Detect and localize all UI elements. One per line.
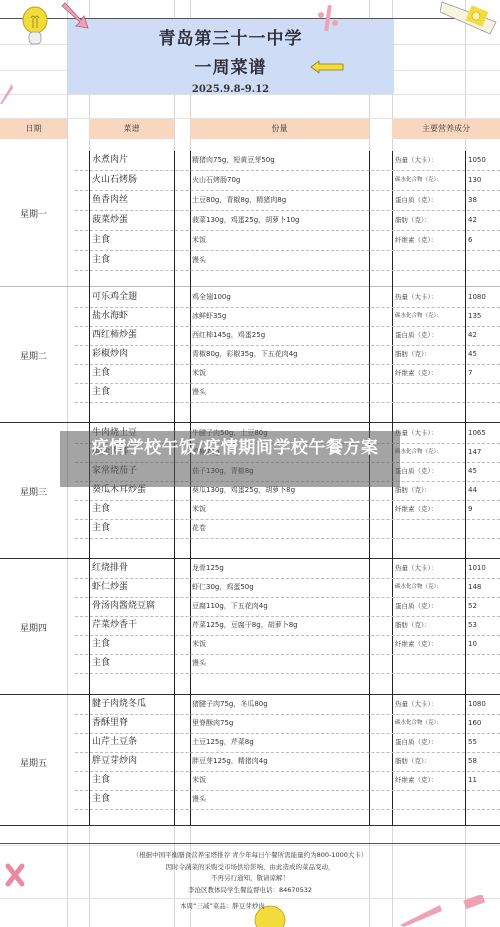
dish-portion: 菠菜130g，鸡蛋25g，胡萝卜10g <box>192 211 300 230</box>
dish-portion: 米饭 <box>192 635 206 654</box>
dish-portion: 馒头 <box>192 383 206 402</box>
table-header: 日期 菜谱 份量 主要营养成分 <box>0 119 500 139</box>
percent-icon <box>318 4 340 32</box>
dish-name: 鱼香肉丝 <box>92 191 128 210</box>
table-row: 主食 米饭 纤维素（克）： 9 <box>75 500 500 520</box>
fiber-value: 11 <box>468 771 477 790</box>
day-label: 星期一 <box>0 207 67 220</box>
date-range: 2025.9.8-9.12 <box>67 84 394 95</box>
calories-value: 1065 <box>468 424 486 443</box>
menu-title-box: 青岛第三十一中学 一周菜谱 2025.9.8-9.12 <box>67 19 394 94</box>
dish-name: 主食 <box>92 654 110 673</box>
protein-label: 蛋白质（克）： <box>395 462 437 481</box>
carbs-value: 130 <box>468 171 481 190</box>
table-row: 主食 花卷 <box>75 519 500 539</box>
fat-label: 脂肪（克）： <box>395 345 431 364</box>
dish-name: 主食 <box>92 231 110 250</box>
calories-label: 热量（大卡）： <box>395 288 437 307</box>
carbs-value: 147 <box>468 443 481 462</box>
calories-label: 热量（大卡）： <box>395 559 437 578</box>
dish-portion: 冰鲜虾35g <box>192 307 226 326</box>
day-block-thursday: 星期四 红烧排骨 龙骨125g 热量（大卡）： 1010 虾仁炒蛋 虾仁30g，… <box>0 558 500 694</box>
footer-hotline: 李沧区教体局学生餐监督电话：84670532 <box>60 885 440 897</box>
dish-portion: 精猪肉75g，短黄豆芽50g <box>192 151 275 170</box>
calories-value: 1050 <box>468 151 486 170</box>
dish-portion: 虾仁30g，鸡蛋50g <box>192 578 254 597</box>
lightbulb-icon <box>20 4 50 50</box>
protein-label: 蛋白质（克）： <box>395 326 437 345</box>
table-row: 山芹土豆条 土豆125g，芹菜8g 蛋白质（克）： 55 <box>75 733 500 753</box>
protein-value: 45 <box>468 462 477 481</box>
dish-name: 主食 <box>92 519 110 538</box>
header-portion: 份量 <box>190 119 369 139</box>
dish-name: 山芹土豆条 <box>92 733 137 752</box>
table-row: 水煮肉片 精猪肉75g，短黄豆芽50g 热量（大卡）： 1050 <box>75 151 500 171</box>
dish-name: 主食 <box>92 635 110 654</box>
table-row: 腱子肉烧冬瓜 猪腱子肉75g，冬瓜80g 热量（大卡）： 1080 <box>75 695 500 715</box>
menu-subtitle: 一周菜谱 <box>67 53 394 78</box>
table-bottom-border <box>0 843 500 844</box>
dish-portion: 青椒80g，彩椒35g，下五花肉4g <box>192 345 298 364</box>
header-date: 日期 <box>0 119 67 139</box>
dish-portion: 米饭 <box>192 500 206 519</box>
protein-value: 38 <box>468 191 477 210</box>
dish-portion: 土豆80g，青椒8g，精猪肉8g <box>192 191 286 210</box>
dish-portion: 西红柿145g，鸡蛋25g <box>192 326 265 345</box>
fiber-label: 纤维素（克）： <box>395 500 437 519</box>
fat-value: 53 <box>468 616 477 635</box>
carbs-value: 160 <box>468 714 481 733</box>
table-row: 芹菜炒香干 芹菜125g，豆腐干8g，胡萝卜8g 脂肪（克）： 53 <box>75 616 500 636</box>
dish-name: 可乐鸡全翅 <box>92 288 137 307</box>
dish-portion: 龙骨125g <box>192 559 224 578</box>
table-row: 鱼香肉丝 土豆80g，青椒8g，精猪肉8g 蛋白质（克）： 38 <box>75 191 500 211</box>
pencil-icon <box>440 0 500 36</box>
dish-name: 彩椒炒肉 <box>92 345 128 364</box>
ruler-icon <box>400 895 500 927</box>
dish-portion: 馒头 <box>192 251 206 270</box>
table-row: 胖豆芽炒肉 胖豆芽125g，精猪肉4g 脂肪（克）： 58 <box>75 752 500 772</box>
protein-label: 蛋白质（克）： <box>395 733 437 752</box>
day-label: 星期五 <box>0 756 67 769</box>
table-row: 主食 馒头 <box>75 654 500 674</box>
calories-value: 1080 <box>468 288 486 307</box>
arrow-icon <box>60 2 90 30</box>
ruler-icon <box>0 82 14 104</box>
header-nutrition: 主要营养成分 <box>392 119 500 139</box>
dish-portion: 豆腐110g，下五花肉4g <box>192 597 268 616</box>
dish-name: 骨汤肉酱烧豆腐 <box>92 597 155 616</box>
fiber-label: 纤维素（克）： <box>395 635 437 654</box>
day-label: 星期二 <box>0 349 67 362</box>
table-row: 红烧排骨 龙骨125g 热量（大卡）： 1010 <box>75 559 500 579</box>
fiber-label: 纤维素（克）： <box>395 364 437 383</box>
fat-label: 脂肪（克）： <box>395 752 431 771</box>
x-mark-icon <box>0 860 30 890</box>
calories-value: 1010 <box>468 559 486 578</box>
day-block-tuesday: 星期二 可乐鸡全翅 鸡全翅100g 热量（大卡）： 1080 盐水海虾 冰鲜虾3… <box>0 286 500 422</box>
dish-name: 水煮肉片 <box>92 151 128 170</box>
table-row: 菠菜炒蛋 菠菜130g，鸡蛋25g，胡萝卜10g 脂肪（克）： 42 <box>75 211 500 231</box>
table-row: 盐水海虾 冰鲜虾35g 碳水化合物（克）： 135 <box>75 307 500 327</box>
dish-portion: 里脊酥肉75g <box>192 714 233 733</box>
dish-name: 火山石烤肠 <box>92 171 137 190</box>
carbs-label: 碳水化合物（克）： <box>395 714 442 733</box>
protein-value: 52 <box>468 597 477 616</box>
day-block-friday: 星期五 腱子肉烧冬瓜 猪腱子肉75g，冬瓜80g 热量（大卡）： 1080 香酥… <box>0 694 500 825</box>
header-dish: 菜谱 <box>89 119 174 139</box>
school-name: 青岛第三十一中学 <box>67 24 394 49</box>
protein-value: 42 <box>468 326 477 345</box>
carbs-label: 碳水化合物（克）： <box>395 307 442 326</box>
carbs-value: 135 <box>468 307 481 326</box>
calories-value: 1080 <box>468 695 486 714</box>
table-row: 火山石烤肠 火山石烤肠70g 碳水化合物（克）： 130 <box>75 171 500 191</box>
protein-value: 55 <box>468 733 477 752</box>
table-row: 主食 米饭 纤维素（克）： 6 <box>75 231 500 251</box>
dish-portion: 芹菜125g，豆腐干8g，胡萝卜8g <box>192 616 298 635</box>
arrow-left-icon <box>310 60 344 74</box>
dish-name: 主食 <box>92 790 110 809</box>
footer-notes: （根据中国平衡膳食营养宝塔推荐 青少年每日午餐所需能量约为800-1000大卡）… <box>60 850 440 896</box>
table-row: 主食 馒头 <box>75 251 500 271</box>
table-row: 西红柿炒蛋 西红柿145g，鸡蛋25g 蛋白质（克）： 42 <box>75 326 500 346</box>
dish-name: 胖豆芽炒肉 <box>92 752 137 771</box>
dish-name: 主食 <box>92 383 110 402</box>
day-block-monday: 星期一 水煮肉片 精猪肉75g，短黄豆芽50g 热量（大卡）： 1050 火山石… <box>0 143 500 286</box>
dish-name: 虾仁炒蛋 <box>92 578 128 597</box>
fiber-value: 6 <box>468 231 472 250</box>
dish-name: 腱子肉烧冬瓜 <box>92 695 146 714</box>
table-row: 虾仁炒蛋 虾仁30g，鸡蛋50g 碳水化合物（克）： 148 <box>75 578 500 598</box>
table-row: 香酥里脊 里脊酥肉75g 碳水化合物（克）： 160 <box>75 714 500 734</box>
grid-line <box>0 845 500 846</box>
table-row: 主食 米饭 纤维素（克）： 7 <box>75 364 500 384</box>
dish-portion: 鸡全翅100g <box>192 288 231 307</box>
three-reduction-dish: 本周“三减”菜品：胖豆芽炒肉 <box>180 901 265 910</box>
fat-value: 42 <box>468 211 477 230</box>
table-row: 主食 馒头 <box>75 383 500 403</box>
day-separator <box>0 825 500 826</box>
caption-overlay-text: 疫情学校午饭/疫情期间学校午餐方案 <box>65 437 405 459</box>
table-row: 彩椒炒肉 青椒80g，彩椒35g，下五花肉4g 脂肪（克）： 45 <box>75 345 500 365</box>
dish-portion: 米饭 <box>192 364 206 383</box>
table-row: 主食 米饭 纤维素（克）： 10 <box>75 635 500 655</box>
table-row: 主食 馒头 <box>75 790 500 810</box>
dish-name: 红烧排骨 <box>92 559 128 578</box>
calories-label: 热量（大卡）： <box>395 151 437 170</box>
carbs-value: 148 <box>468 578 481 597</box>
dish-name: 主食 <box>92 364 110 383</box>
fat-value: 58 <box>468 752 477 771</box>
dish-portion: 花卷 <box>192 519 206 538</box>
day-label: 星期三 <box>0 485 67 498</box>
dish-name: 主食 <box>92 251 110 270</box>
fat-value: 44 <box>468 481 477 500</box>
day-label: 星期四 <box>0 621 67 634</box>
fiber-label: 纤维素（克）： <box>395 231 437 250</box>
dish-name: 菠菜炒蛋 <box>92 211 128 230</box>
dish-portion: 米饭 <box>192 771 206 790</box>
table-row: 可乐鸡全翅 鸡全翅100g 热量（大卡）： 1080 <box>75 288 500 308</box>
fat-label: 脂肪（克）： <box>395 211 431 230</box>
dish-name: 主食 <box>92 500 110 519</box>
dish-portion: 土豆125g，芹菜8g <box>192 733 254 752</box>
fat-label: 脂肪（克）： <box>395 616 431 635</box>
carbs-label: 碳水化合物（克）： <box>395 578 442 597</box>
footer-line: （根据中国平衡膳食营养宝塔推荐 青少年每日午餐所需能量约为800-1000大卡） <box>60 850 440 862</box>
dish-name: 芹菜炒香干 <box>92 616 137 635</box>
dish-portion: 火山石烤肠70g <box>192 171 240 190</box>
fat-label: 脂肪（克）： <box>395 481 431 500</box>
dish-name: 香酥里脊 <box>92 714 128 733</box>
fiber-value: 9 <box>468 500 472 519</box>
carbs-label: 碳水化合物（克）： <box>395 171 442 190</box>
fiber-value: 10 <box>468 635 477 654</box>
protein-label: 蛋白质（克）： <box>395 597 437 616</box>
dish-name: 主食 <box>92 771 110 790</box>
dish-name: 盐水海虾 <box>92 307 128 326</box>
table-row: 骨汤肉酱烧豆腐 豆腐110g，下五花肉4g 蛋白质（克）： 52 <box>75 597 500 617</box>
footer-line: 不再另行通知，敬请谅解！ <box>60 873 440 885</box>
fiber-value: 7 <box>468 364 472 383</box>
dish-name: 西红柿炒蛋 <box>92 326 137 345</box>
fiber-label: 纤维素（克）： <box>395 771 437 790</box>
dish-portion: 米饭 <box>192 231 206 250</box>
dish-portion: 胖豆芽125g，精猪肉4g <box>192 752 268 771</box>
fat-value: 45 <box>468 345 477 364</box>
calories-label: 热量（大卡）： <box>395 695 437 714</box>
dish-portion: 猪腱子肉75g，冬瓜80g <box>192 695 268 714</box>
dish-portion: 馒头 <box>192 790 206 809</box>
protein-label: 蛋白质（克）： <box>395 191 437 210</box>
table-row: 主食 米饭 纤维素（克）： 11 <box>75 771 500 791</box>
footer-line: 因时令蔬菜的采购受市场供给影响，由此造成的菜品变动， <box>60 862 440 874</box>
dish-portion: 馒头 <box>192 654 206 673</box>
